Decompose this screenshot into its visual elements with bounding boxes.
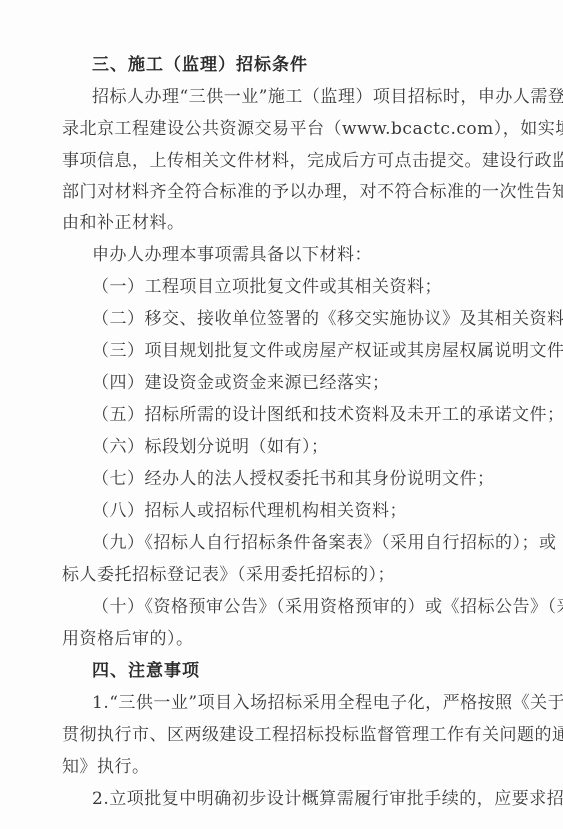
note-1-line-3: 知》执行。: [62, 756, 500, 778]
note-2-line-1: 2.立项批复中明确初步设计概算需履行审批手续的，应要求招标: [92, 788, 500, 810]
material-item-9-line-1: （九）《招标人自行招标条件备案表》（采用自行招标的）；或《招: [92, 532, 500, 554]
material-item-3: （三）项目规划批复文件或房屋产权证或其房屋权属说明文件；: [92, 340, 500, 362]
material-item-7: （七）经办人的法人授权委托书和其身份说明文件；: [92, 468, 500, 490]
section-3-heading: 三、施工（监理）招标条件: [92, 54, 308, 76]
material-item-5: （五）招标所需的设计图纸和技术资料及未开工的承诺文件；: [92, 404, 500, 426]
material-item-1: （一）工程项目立项批复文件或其相关资料；: [92, 276, 500, 298]
material-item-10-line-2: 用资格后审的）。: [62, 628, 500, 650]
material-item-9-line-2: 标人委托招标登记表》（采用委托招标的）；: [62, 564, 500, 586]
intro-line-4: 部门对材料齐全符合标准的予以办理，对不符合标准的一次性告知理: [62, 181, 500, 203]
intro-line-5: 由和补正材料。: [62, 212, 500, 234]
intro-line-1: 招标人办理“三供一业”施工（监理）项目招标时，申办人需登: [92, 86, 500, 108]
material-item-4: （四）建设资金或资金来源已经落实；: [92, 372, 500, 394]
material-item-8: （八）招标人或招标代理机构相关资料；: [92, 500, 500, 522]
document-page: 三、施工（监理）招标条件 招标人办理“三供一业”施工（监理）项目招标时，申办人需…: [0, 0, 563, 829]
material-item-2: （二）移交、接收单位签署的《移交实施协议》及其相关资料；: [92, 308, 500, 330]
material-item-6: （六）标段划分说明（如有）；: [92, 436, 500, 458]
intro-line-3: 事项信息，上传相关文件材料，完成后方可点击提交。建设行政监管: [62, 150, 500, 172]
material-item-10-line-1: （十）《资格预审公告》（采用资格预审的）或《招标公告》（采: [92, 596, 500, 618]
section-4-heading: 四、注意事项: [92, 660, 200, 682]
intro-line-2: 录北京工程建设公共资源交易平台（www.bcactc.com），如实填报各: [62, 118, 500, 140]
note-1-line-2: 贯彻执行市、区两级建设工程招标投标监督管理工作有关问题的通: [62, 724, 500, 746]
note-1-line-1: 1.“三供一业”项目入场招标采用全程电子化，严格按照《关于: [92, 692, 500, 714]
materials-intro: 申办人办理本事项需具备以下材料：: [92, 244, 500, 266]
